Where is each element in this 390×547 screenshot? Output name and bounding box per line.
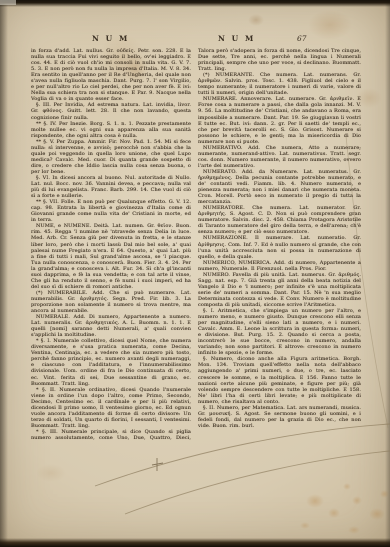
stain	[248, 14, 264, 26]
scan-edge-right	[385, 0, 390, 547]
paragraph: §. II. Numero, per Matematica. Lat. ars …	[198, 405, 361, 429]
paragraph: ** §. IV. Per Inezie. Borg. S. 1. n. 1. …	[31, 121, 191, 139]
running-head-left: N U M	[92, 34, 129, 43]
paragraph: ** §. V. Per Zuppa. Ammir. Fir. Nov. Pad…	[31, 139, 191, 175]
scan-edge-top	[0, 0, 390, 7]
stain	[348, 526, 360, 534]
running-head-right: N U M	[218, 34, 255, 43]
pen-cross-mark	[152, 458, 163, 471]
paragraph: §. I. Aritmetica, che s'impiega un numer…	[198, 308, 361, 356]
text-columns: in forza d'add. Lat. nullus. Gr. οὐδείς.…	[31, 48, 361, 440]
paragraph: NUMERO. Favella di più unità. Lat. numer…	[198, 272, 361, 308]
paragraph: NUMERATIVO. Add. Che numera, Atto a nume…	[198, 145, 361, 169]
paragraph: NUMERICO, NUMERICA. Add. di numero, Appa…	[198, 260, 361, 272]
paragraph: * §. I. Numerale collettivo, dicesi quel…	[31, 338, 191, 386]
page-number: 67	[297, 34, 307, 43]
scanned-book-page: N U M N U M 67 in forza d'add. Lat. null…	[0, 0, 390, 547]
stain	[328, 508, 340, 518]
paragraph: §. VI. In dicesi ancora al buono. Nul. a…	[31, 175, 191, 199]
paragraph: NUMERATORE. Che numera. Lat. numerator. …	[198, 205, 361, 235]
paragraph: NUME, e NUMENE. Deità. Lat. numen. Gr. θ…	[31, 223, 191, 290]
stain	[352, 496, 362, 505]
column-right: Talora però s'adopera in forza di nome, …	[198, 48, 361, 440]
paragraph: NUMERATO. Add. da Numerare. Lat. numerat…	[198, 169, 361, 205]
paragraph: NUMERAZIONE. Il numerare. Lat. numeratio…	[198, 235, 361, 259]
page-header: N U M N U M 67	[0, 34, 390, 46]
stain	[369, 508, 385, 520]
paragraph: (*) NUMERABILE. Add. Che si può numerare…	[31, 290, 191, 314]
stain	[36, 464, 66, 482]
stain	[343, 483, 351, 490]
corner-highlight	[0, 0, 16, 5]
scan-edge-bottom	[0, 538, 390, 547]
stain	[300, 522, 310, 529]
paragraph: * §. II. Numerale ordinativo, dicesi Qua…	[31, 387, 191, 429]
stain	[306, 494, 324, 508]
paragraph: ** §. VII. Folle. E non può per Qualunqu…	[31, 199, 191, 223]
paragraph: NUMERALE. Add. Di numero, Appartenente a…	[31, 314, 191, 338]
paragraph: Talora però s'adopera in forza di nome, …	[198, 48, 361, 72]
ring-inner-arc	[125, 451, 390, 514]
paragraph: NUMERARE. Annoverare. Lat. numerare. Gr.…	[198, 96, 361, 144]
paragraph: * §. III. Numerale principale, si dice Q…	[31, 429, 191, 440]
paragraph: in forza d'add. Lat. nullus. Gr. οὐδείς.…	[31, 48, 191, 102]
scan-edge-left	[0, 0, 8, 547]
paragraph: (*) NUMERANTE. Che numera. Lat. numerans…	[198, 72, 361, 96]
paragraph: §. III. Per Invidia, Ad estrema natura. …	[31, 102, 191, 120]
paragraph: §. Numero, dicono anche alla Figura arit…	[198, 356, 361, 404]
column-left: in forza d'add. Lat. nullus. Gr. οὐδείς.…	[31, 48, 191, 440]
